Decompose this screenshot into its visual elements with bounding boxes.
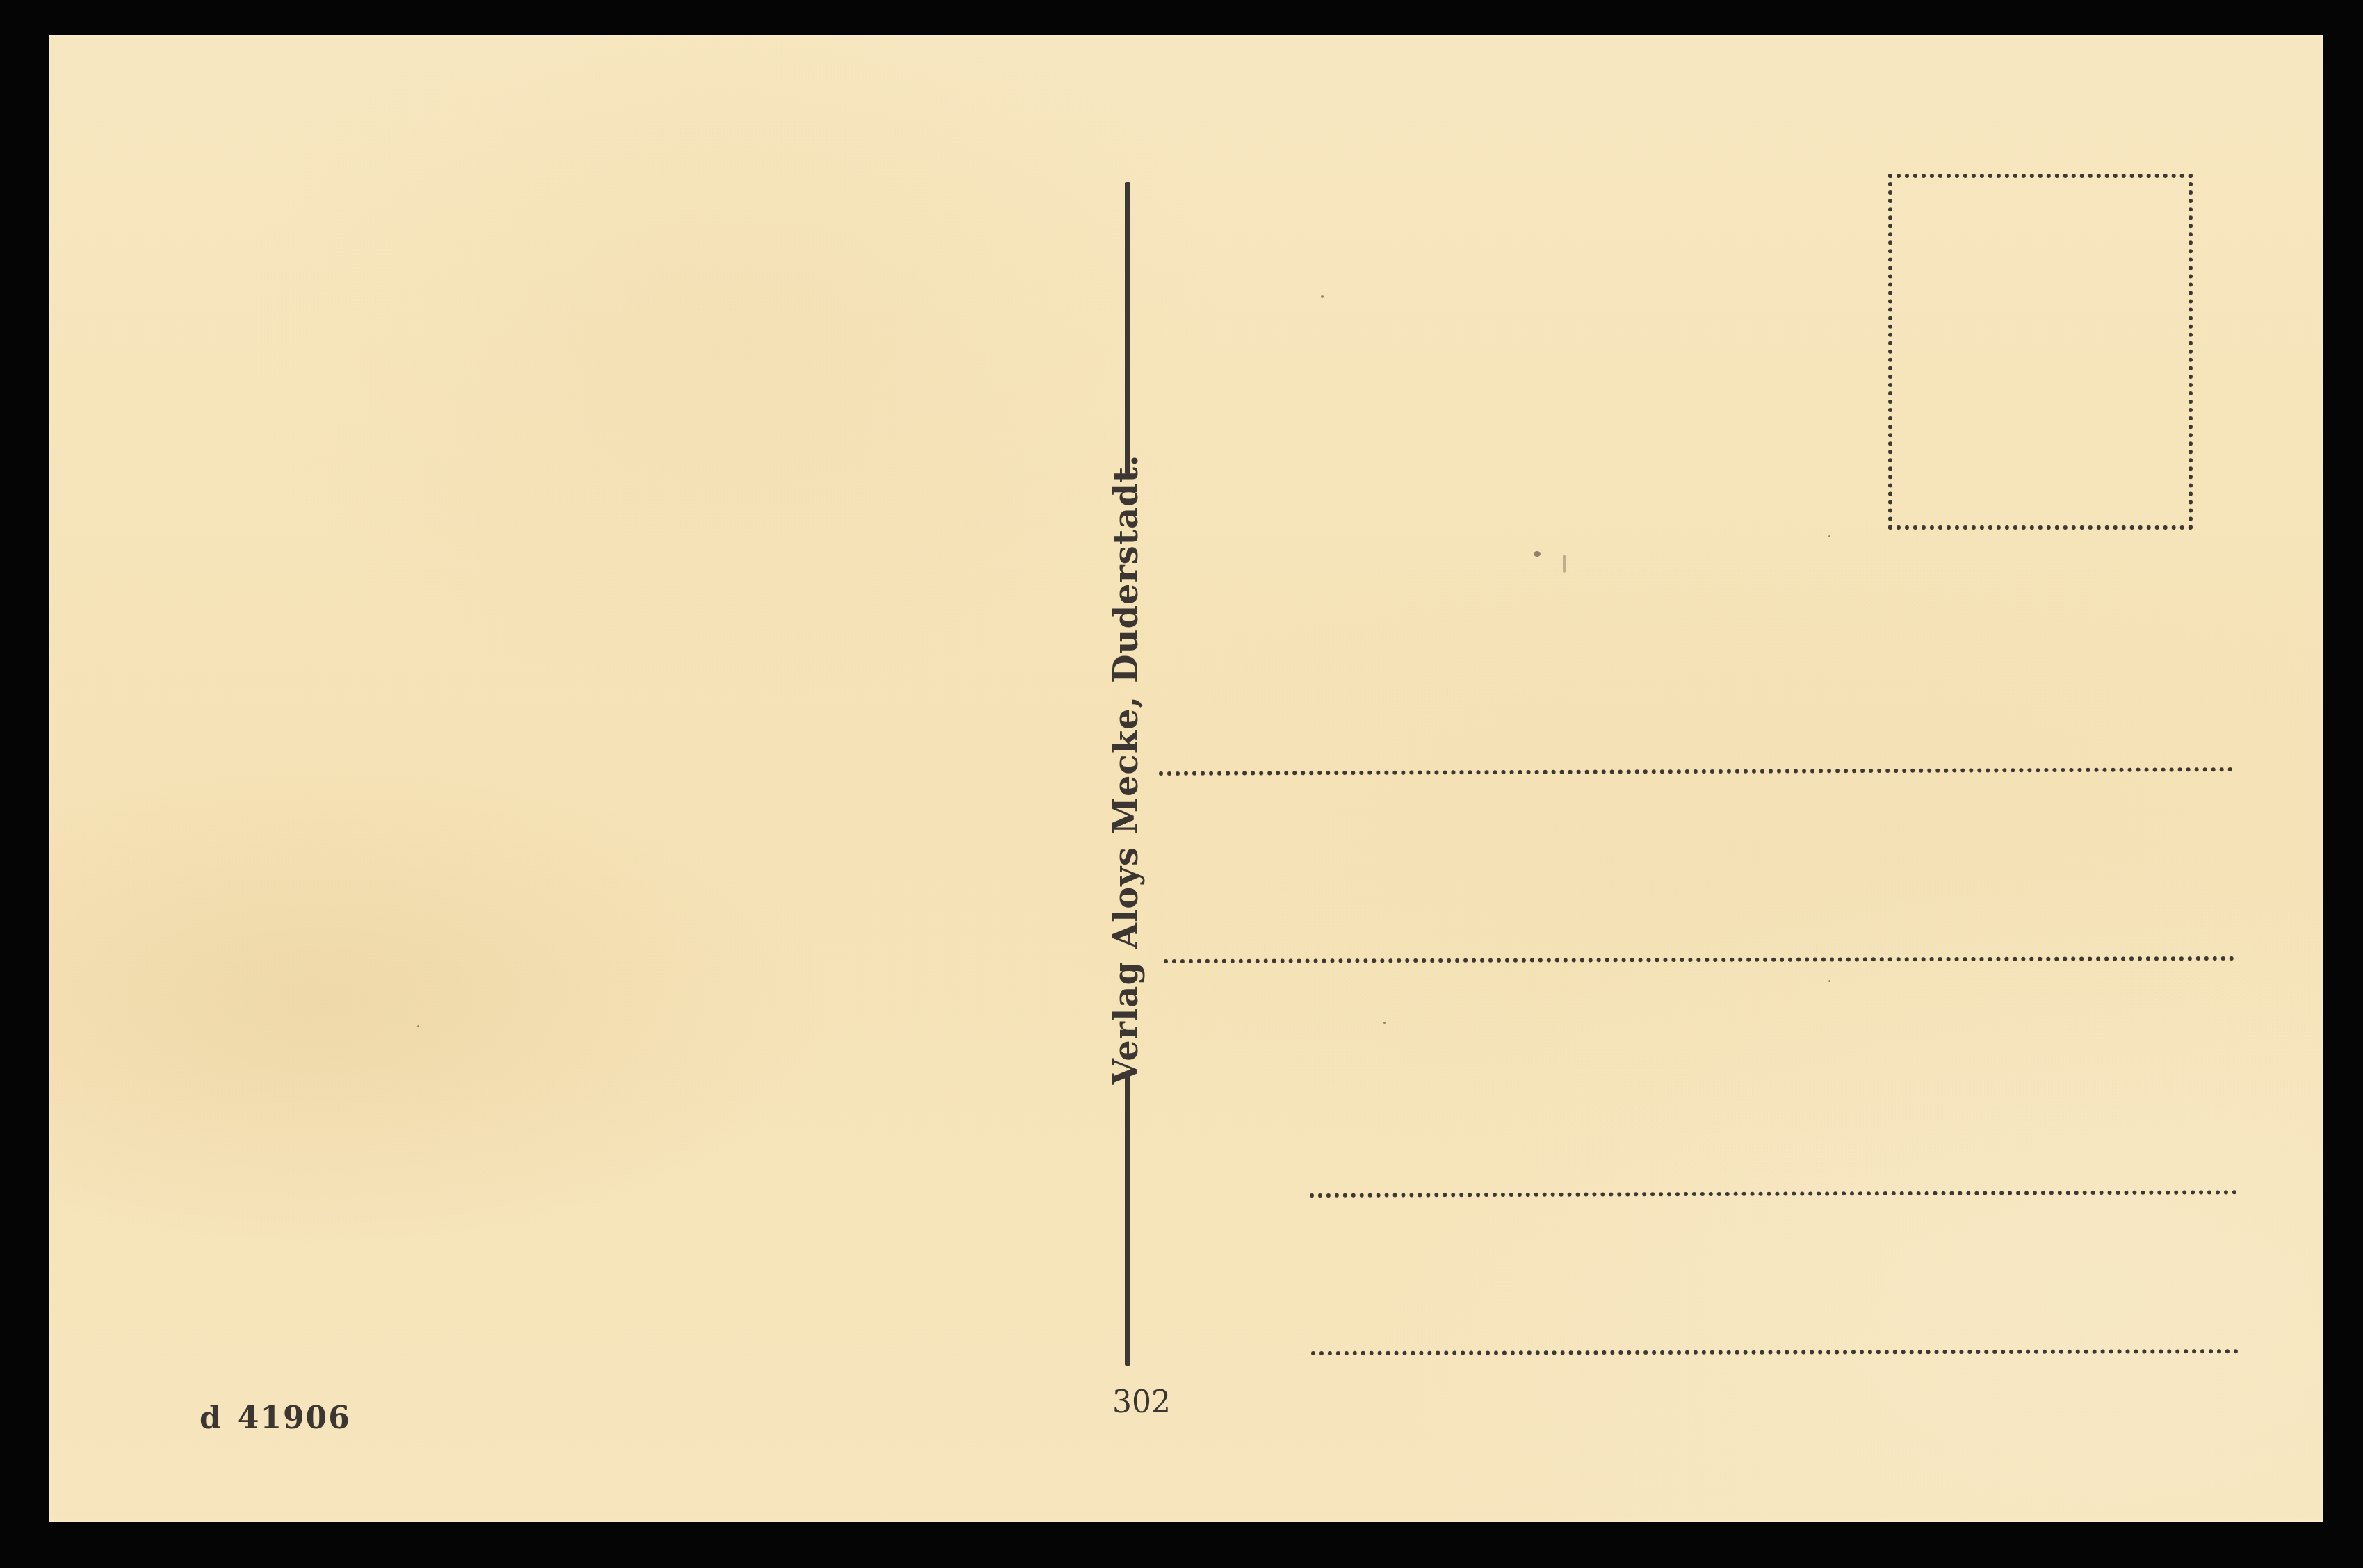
address-line-3 [1310,1190,2237,1198]
paper-speck [417,1025,419,1027]
paper-speck [1321,295,1324,298]
stamp-placement-box [1888,174,2193,530]
paper-speck [1563,555,1566,573]
divider-line-bottom [1125,1071,1130,1366]
address-line-1 [1159,767,2233,776]
serial-prefix: d [200,1400,222,1436]
paper-speck [1534,551,1541,557]
card-number: 302 [1112,1385,1171,1420]
paper-speck [1828,535,1830,537]
postcard-back: Verlag Aloys Mecke, Duderstadt. 302 d419… [49,35,2323,1522]
address-line-4 [1311,1349,2239,1355]
paper-speck [1828,980,1830,982]
paper-speck [1383,1022,1386,1024]
address-line-2 [1164,956,2234,963]
serial-number: 41906 [238,1400,351,1436]
publisher-imprint: Verlag Aloys Mecke, Duderstadt. [1107,454,1146,1084]
serial-code: d41906 [200,1400,351,1436]
divider-line-top [1125,182,1130,474]
